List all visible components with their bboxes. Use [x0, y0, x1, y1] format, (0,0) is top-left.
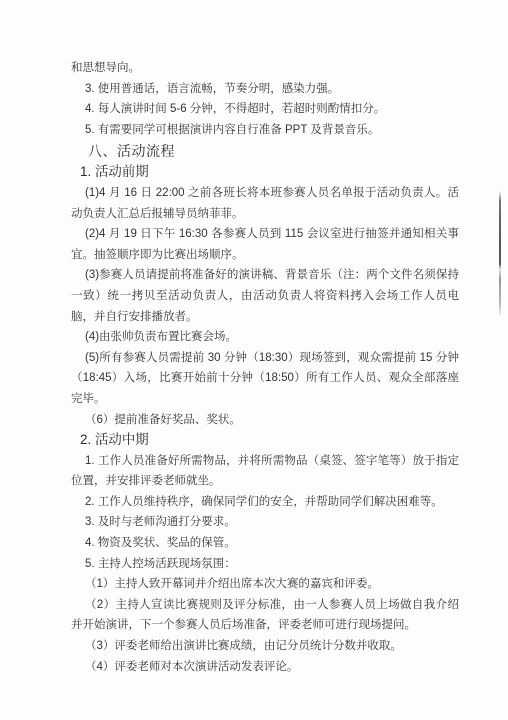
- step-mid-5: 5. 主持人控场活跃现场氛围：: [71, 554, 459, 575]
- scan-artifact-line: [499, 191, 501, 317]
- step-mid-2: 2. 工作人员维持秩序，确保同学们的安全，并帮助同学们解决困难等。: [71, 492, 459, 513]
- rule-item-4: 4. 每人演讲时间 5-6 分钟，不得超时，若超时则酌情扣分。: [71, 99, 459, 120]
- step-mid-5-4: （4）评委老师对本次演讲活动发表评论。: [71, 657, 459, 678]
- step-pre-2: (2)4 月 19 日下午 16:30 各参赛人员到 115 会议室进行抽签并通…: [71, 224, 459, 265]
- step-pre-1: (1)4 月 16 日 22:00 之前各班长将本班参赛人员名单报于活动负责人。…: [71, 183, 459, 224]
- step-mid-5-2: （2）主持人宣读比赛规则及评分标准，由一人参赛人员上场做自我介绍并开始演讲，下一…: [71, 595, 459, 636]
- document-text: 和思想导向。 3. 使用普通话，语言流畅，节奏分明，感染力强。 4. 每人演讲时…: [71, 58, 459, 677]
- step-mid-3: 3. 及时与老师沟通打分要求。: [71, 512, 459, 533]
- subsection-heading-pre-activity: 1. 活动前期: [71, 162, 459, 183]
- document-page: 和思想导向。 3. 使用普通话，语言流畅，节奏分明，感染力强。 4. 每人演讲时…: [0, 0, 508, 720]
- step-mid-1: 1. 工作人员准备好所需物品，并将所需物品（桌签、签字笔等）放于指定位置，并安排…: [71, 451, 459, 492]
- subsection-heading-mid-activity: 2. 活动中期: [71, 430, 459, 451]
- step-pre-3: (3)参赛人员请提前将准备好的演讲稿、背景音乐（注：两个文件名须保持一致）统一拷…: [71, 265, 459, 327]
- rule-item-5: 5. 有需要同学可根据演讲内容自行准备 PPT 及背景音乐。: [71, 120, 459, 141]
- step-pre-4: (4)由张帅负责布置比赛会场。: [71, 327, 459, 348]
- paragraph-continuation: 和思想导向。: [71, 58, 459, 79]
- section-heading-activity-flow: 八、活动流程: [71, 140, 459, 162]
- step-mid-5-3: （3）评委老师给出演讲比赛成绩，由记分员统计分数并收取。: [71, 636, 459, 657]
- step-mid-5-1: （1）主持人致开幕词并介绍出席本次大赛的嘉宾和评委。: [71, 574, 459, 595]
- rule-item-3: 3. 使用普通话，语言流畅，节奏分明，感染力强。: [71, 79, 459, 100]
- step-mid-4: 4. 物资及奖状、奖品的保管。: [71, 533, 459, 554]
- step-pre-6: （6）提前准备好奖品、奖状。: [71, 410, 459, 431]
- step-pre-5: (5)所有参赛人员需提前 30 分钟（18:30）现场签到，观众需提前 15 分…: [71, 348, 459, 410]
